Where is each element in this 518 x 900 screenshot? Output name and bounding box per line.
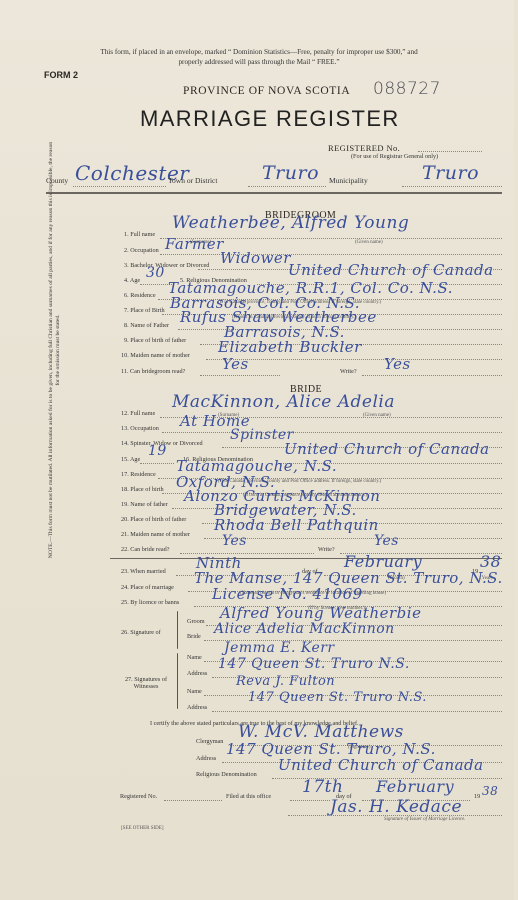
issuer-label: Signature of Issuer of Marriage Licence. xyxy=(384,817,465,822)
bride-mother-line xyxy=(204,538,502,539)
clergyman-signature[interactable]: W. McV. Matthews xyxy=(238,722,404,742)
bride-mother-value[interactable]: Rhoda Bell Pathquin xyxy=(214,516,379,534)
bride-full-name-label: 12. Full name xyxy=(121,410,155,417)
header-divider xyxy=(46,192,502,194)
witness-1-address-label: Address xyxy=(187,670,207,677)
bride-age-value[interactable]: 19 xyxy=(148,443,167,459)
town-value[interactable]: Truro xyxy=(262,162,319,184)
side-note: NOTE.—This form must not be mutilated. A… xyxy=(48,140,62,560)
place-of-marriage-label: 24. Place of marriage xyxy=(121,584,174,591)
municipality-label: Municipality xyxy=(329,176,368,185)
bride-signature[interactable]: Alice Adelia MacKinnon xyxy=(214,621,395,637)
issuer-signature-line xyxy=(288,815,502,816)
registrar-note: (For use of Registrar General only) xyxy=(351,153,438,160)
filed-day-line xyxy=(290,800,330,801)
groom-write-value[interactable]: Yes xyxy=(384,355,411,373)
filed-year-prefix: 19 xyxy=(474,793,480,800)
province-heading: PROVINCE OF NOVA SCOTIA xyxy=(183,85,350,97)
groom-full-name-value[interactable]: Weatherbee, Alfred Young xyxy=(172,213,409,233)
clergyman-address-label: Address xyxy=(196,755,216,762)
witness-2-name-label: Name xyxy=(187,688,202,695)
bride-occupation-line xyxy=(162,432,502,433)
groom-mother-line xyxy=(206,359,502,360)
witness-1-name[interactable]: Jemma E. Kerr xyxy=(224,640,335,656)
issuer-signature[interactable]: Jas. H. Kedace xyxy=(330,797,462,817)
groom-status-value[interactable]: Widower xyxy=(220,249,291,267)
form-number: FORM 2 xyxy=(44,70,78,80)
groom-read-value[interactable]: Yes xyxy=(222,355,249,373)
clergyman-label: Clergyman xyxy=(196,738,223,745)
groom-occupation-label: 2. Occupation xyxy=(124,247,159,254)
groom-signature[interactable]: Alfred Young Weatherbie xyxy=(220,604,421,622)
groom-signature-label: Groom xyxy=(187,618,205,625)
groom-write-line xyxy=(362,375,502,376)
groom-occupation-line xyxy=(160,254,502,255)
bride-given-hint: (Given name) xyxy=(363,413,391,418)
clergyman-denomination[interactable]: United Church of Canada xyxy=(278,756,484,774)
mail-notice-line-1: This form, if placed in an envelope, mar… xyxy=(0,48,518,56)
filed-month-value[interactable]: February xyxy=(376,777,454,796)
bride-signature-label: Bride xyxy=(187,633,201,640)
groom-residence-label: 6. Residence xyxy=(124,292,156,299)
groom-age-value[interactable]: 30 xyxy=(146,265,165,281)
mail-notice-line-2: properly addressed will pass through the… xyxy=(0,58,518,66)
municipality-value[interactable]: Truro xyxy=(422,162,479,184)
groom-father-label: 8. Name of Father xyxy=(124,322,169,329)
licence-label: 25. By licence or banns xyxy=(121,599,179,606)
bride-read-label: 22. Can bride read? xyxy=(121,546,169,553)
witness-1-name-label: Name xyxy=(187,654,202,661)
signature-of-label: 26. Signature of xyxy=(121,629,161,636)
registered-no-field[interactable] xyxy=(418,151,482,152)
groom-read-line xyxy=(200,375,280,376)
filed-label: Filed at this office xyxy=(226,793,271,800)
stamped-number: 088727 xyxy=(373,79,441,99)
witness-2-address-label: Address xyxy=(187,704,207,711)
witness-2-address[interactable]: 147 Queen St. Truro N.S. xyxy=(248,690,427,705)
bride-father-birthplace-label: 20. Place of birth of father xyxy=(121,516,186,523)
bride-full-name-value[interactable]: MacKinnon, Alice Adelia xyxy=(172,392,395,412)
bride-age-line xyxy=(140,463,174,464)
see-other-side: [SEE OTHER SIDE] xyxy=(121,826,164,831)
bride-age-label: 15. Age xyxy=(121,456,140,463)
groom-age-label: 4. Age xyxy=(124,277,140,284)
town-underline xyxy=(248,186,326,187)
town-label: Town or District xyxy=(168,176,217,185)
bride-divider xyxy=(110,558,502,559)
bride-occupation-label: 13. Occupation xyxy=(121,425,159,432)
bride-mother-label: 21. Maiden name of mother xyxy=(121,531,190,538)
witness-brace xyxy=(177,653,178,709)
filing-registered-no-field[interactable] xyxy=(164,800,222,801)
filing-registered-no-label: Registered No. xyxy=(120,793,157,800)
county-underline xyxy=(73,186,166,187)
witnesses-label: 27. Signatures of Witnesses xyxy=(118,677,174,690)
witness-2-address-line xyxy=(212,711,502,712)
groom-read-label: 11. Can bridegroom read? xyxy=(121,368,185,375)
bride-write-label: Write? xyxy=(318,546,335,553)
witness-1-address[interactable]: 147 Queen St. Truro N.S. xyxy=(218,656,410,672)
groom-full-name-label: 1. Full name xyxy=(124,231,155,238)
groom-write-label: Write? xyxy=(340,368,357,375)
groom-status-label: 3. Bachelor, Widower or Divorced xyxy=(124,262,209,269)
registered-no-label: REGISTERED No. xyxy=(328,143,400,153)
groom-religion-value[interactable]: United Church of Canada xyxy=(288,261,494,279)
groom-father-birthplace-label: 9. Place of birth of father xyxy=(124,337,186,344)
marriage-register-document: This form, if placed in an envelope, mar… xyxy=(0,0,514,900)
witness-2-name[interactable]: Reva J. Fulton xyxy=(236,674,335,689)
groom-mother-label: 10. Maiden name of mother xyxy=(121,352,190,359)
bride-religion-value[interactable]: United Church of Canada xyxy=(284,440,490,458)
groom-birthplace-label: 7. Place of Birth xyxy=(124,307,165,314)
licence-value[interactable]: License No. 41069 xyxy=(212,585,363,603)
groom-mother-value[interactable]: Elizabeth Buckler xyxy=(218,338,362,356)
bride-residence-label: 17. Residence xyxy=(121,471,156,478)
when-married-label: 23. When married xyxy=(121,568,166,575)
groom-occupation-value[interactable]: Farmer xyxy=(165,235,224,253)
signature-brace xyxy=(177,611,178,649)
bride-write-value[interactable]: Yes xyxy=(374,533,399,549)
filed-year-value[interactable]: 38 xyxy=(482,784,498,798)
clergyman-denomination-label: Religious Denomination xyxy=(196,771,257,778)
municipality-underline xyxy=(402,186,502,187)
bride-birthplace-label: 18. Place of birth xyxy=(121,486,164,493)
bride-read-value[interactable]: Yes xyxy=(222,533,247,549)
groom-given-hint: (Given name) xyxy=(355,240,383,245)
bride-father-label: 19. Name of father xyxy=(121,501,168,508)
page-title: MARRIAGE REGISTER xyxy=(140,106,400,132)
